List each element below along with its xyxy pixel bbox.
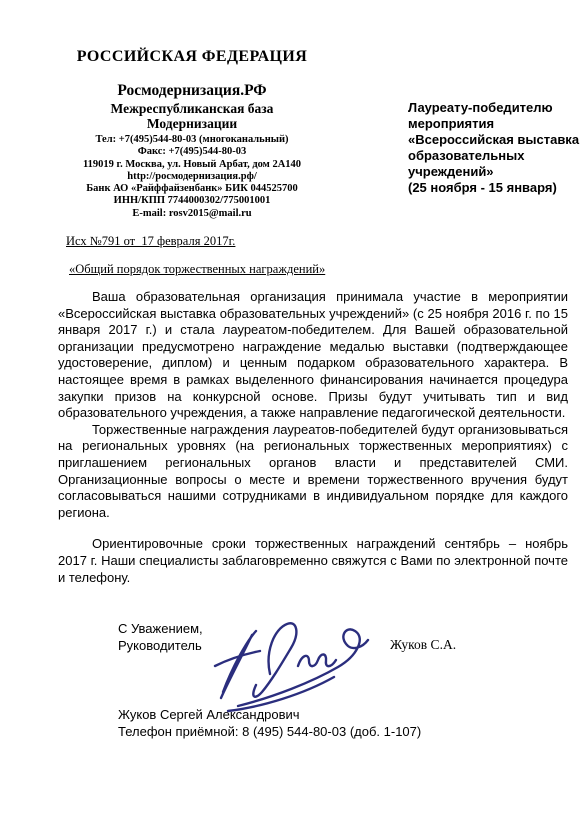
recipient-line: образовательных bbox=[408, 148, 568, 164]
handwritten-signature-icon bbox=[210, 612, 378, 720]
body-paragraph-1: Ваша образовательная организация принима… bbox=[58, 289, 568, 422]
organization-name: Росмодернизация.РФ bbox=[58, 82, 326, 99]
recipient-line: мероприятия bbox=[408, 116, 568, 132]
body-paragraph-3: Ориентировочные сроки торжественных нагр… bbox=[58, 536, 568, 586]
recipient-line: «Всероссийская выставка bbox=[408, 132, 568, 148]
organization-subtitle-line1: Межреспубликанская база bbox=[58, 101, 326, 116]
outgoing-reference-line: Исх №791 от 17 февраля 2017г. bbox=[66, 234, 580, 248]
sender-bank: Банк АО «Райффайзенбанк» БИК 044525700 bbox=[58, 183, 326, 195]
sender-fax: Факс: +7(495)544-80-03 bbox=[58, 146, 326, 158]
recipient-block: Лауреату-победителю мероприятия «Всеросс… bbox=[408, 48, 568, 220]
sender-address: 119019 г. Москва, ул. Новый Арбат, дом 2… bbox=[58, 159, 326, 171]
sender-email: E-mail: rosv2015@mail.ru bbox=[58, 208, 326, 220]
organization-subtitle-line2: Модернизации bbox=[58, 116, 326, 131]
sender-inn-kpp: ИНН/КПП 7744000302/775001001 bbox=[58, 195, 326, 207]
letter-page: РОССИЙСКАЯ ФЕДЕРАЦИЯ Росмодернизация.РФ … bbox=[0, 0, 580, 820]
sender-contacts: Тел: +7(495)544-80-03 (многоканальный) Ф… bbox=[58, 134, 326, 220]
sender-website: http://росмодернизация.рф/ bbox=[58, 171, 326, 183]
recipient-line: (25 ноября - 15 января) bbox=[408, 180, 568, 196]
body-paragraph-2: Торжественные награждения лауреатов-побе… bbox=[58, 422, 568, 522]
subject-line: «Общий порядок торжественных награждений… bbox=[69, 262, 580, 276]
signer-name: Жуков С.А. bbox=[390, 636, 456, 653]
letter-body: Ваша образовательная организация принима… bbox=[58, 289, 568, 586]
country-title: РОССИЙСКАЯ ФЕДЕРАЦИЯ bbox=[58, 48, 326, 66]
signature-strokes bbox=[215, 623, 368, 711]
sender-block: РОССИЙСКАЯ ФЕДЕРАЦИЯ Росмодернизация.РФ … bbox=[58, 48, 326, 220]
footer-contact-phone: Телефон приёмной: 8 (495) 544-80-03 (доб… bbox=[118, 724, 421, 741]
sender-phone: Тел: +7(495)544-80-03 (многоканальный) bbox=[58, 134, 326, 146]
letter-header: РОССИЙСКАЯ ФЕДЕРАЦИЯ Росмодернизация.РФ … bbox=[0, 0, 580, 220]
recipient-line: Лауреату-победителю bbox=[408, 100, 568, 116]
letter-footer: Жуков Сергей Александрович Телефон приём… bbox=[118, 707, 421, 740]
footer-contact-name: Жуков Сергей Александрович bbox=[118, 707, 421, 724]
recipient-line: учреждений» bbox=[408, 164, 568, 180]
